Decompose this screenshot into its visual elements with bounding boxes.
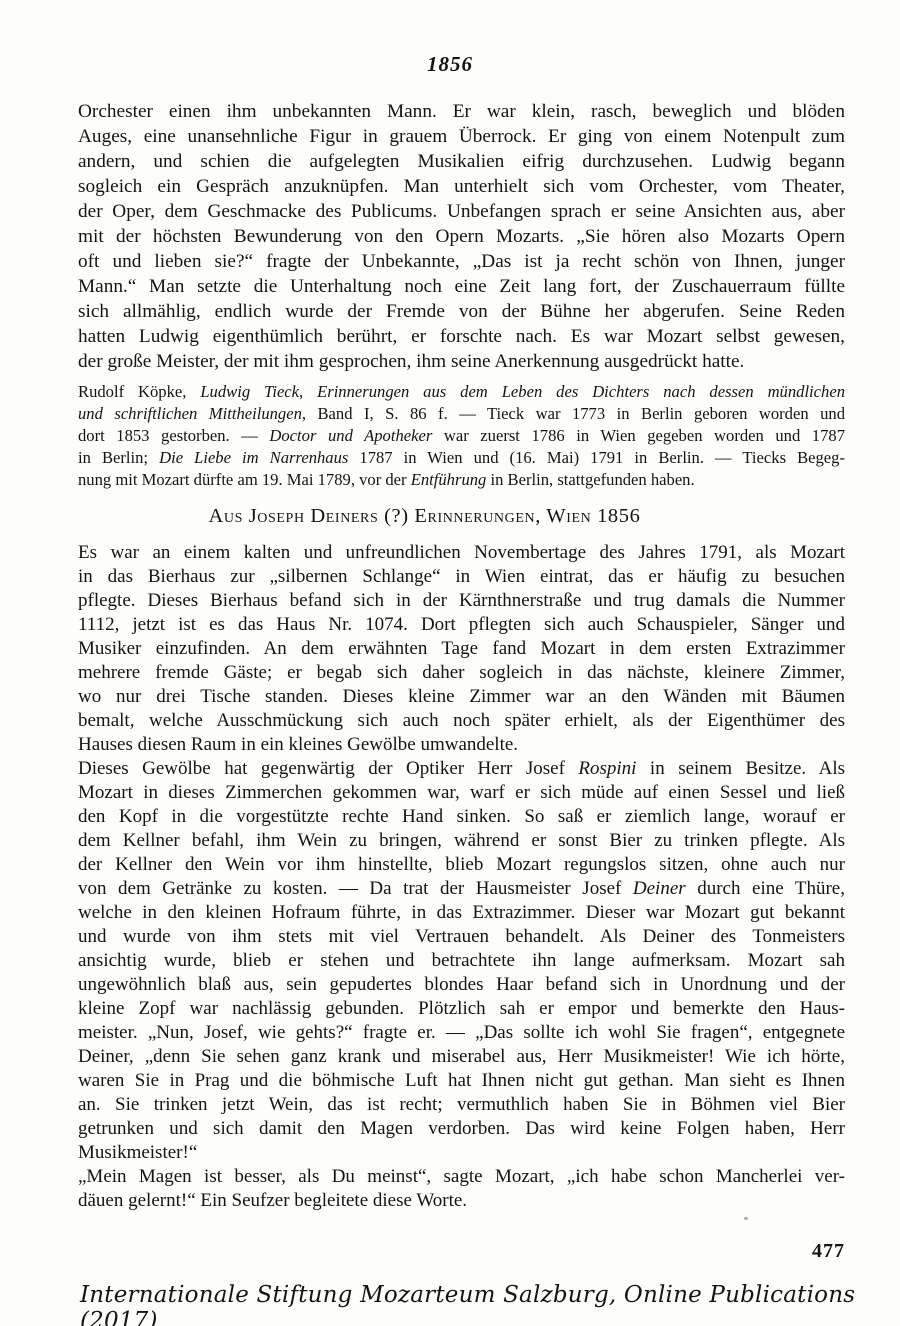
text-segment: Hauses diesen Raum in ein kleines Gewölb… [78,734,518,755]
italic-text: Ludwig Tieck, Erinnerungen aus dem Leben… [200,382,845,401]
text-segment: 1112, jetzt ist es das Haus Nr. 1074. Do… [78,614,845,635]
text-segment: an. Sie trinken jetzt Wein, das ist rech… [78,1094,845,1115]
italic-text: Entführung [411,470,487,489]
text-line: Musikmeister!“ [78,1141,845,1165]
text-line: an. Sie trinken jetzt Wein, das ist rech… [78,1093,845,1117]
text-line: von dem Getränke zu kosten. — Da trat de… [78,877,845,901]
year-running-head: 1856 [0,52,900,77]
text-segment: oft und lieben sie?“ fragte der Unbekann… [78,251,845,272]
text-line: andern, und schien die aufgelegten Musik… [78,149,845,174]
text-line: nung mit Mozart dürfte am 19. Mai 1789, … [78,469,845,491]
text-line: wo nur drei Tische standen. Dieses klein… [78,685,845,709]
text-segment: in Berlin, stattgefunden haben. [486,470,694,489]
text-segment: Mozart in dieses Zimmerchen gekommen war… [78,782,845,803]
text-line: sogleich ein Gespräch anzuknüpfen. Man u… [78,174,845,199]
text-line: Deiner, „denn Sie sehen ganz krank und m… [78,1045,845,1069]
text-segment: pflegte. Dieses Bierhaus befand sich in … [78,590,845,611]
scan-speck-artifact [744,1217,748,1220]
text-line: welche in den kleinen Hofraum führte, in… [78,901,845,925]
text-line: kleine Zopf war nachlässig gebunden. Plö… [78,997,845,1021]
text-line: däuen gelernt!“ Ein Seufzer begleitete d… [78,1189,845,1213]
text-segment: dem Kellner befahl, ihm Wein zu bringen,… [78,830,845,851]
text-line: der große Meister, der mit ihm gesproche… [78,349,845,374]
text-segment: in das Bierhaus zur „silbernen Schlange“… [78,566,845,587]
text-segment: andern, und schien die aufgelegten Musik… [78,151,845,172]
text-segment: mehrere fremde Gäste; er begab sich dahe… [78,662,845,683]
text-line: in Berlin; Die Liebe im Narrenhaus 1787 … [78,447,845,469]
text-segment: , Band I, S. 86 f. — Tieck war 1773 in B… [302,404,845,423]
text-segment: hatten Ludwig eigenthümlich berührt, er … [78,326,845,347]
text-line: Es war an einem kalten und unfreundliche… [78,541,845,565]
text-segment: Deiner, „denn Sie sehen ganz krank und m… [78,1046,845,1067]
text-line: waren Sie in Prag und die böhmische Luft… [78,1069,845,1093]
italic-text: Deiner [633,878,686,899]
footer-credit: Internationale Stiftung Mozarteum Salzbu… [80,1282,900,1326]
text-segment: däuen gelernt!“ Ein Seufzer begleitete d… [78,1190,467,1211]
text-segment: meister. „Nun, Josef, wie gehts?“ fragte… [78,1022,845,1043]
text-segment: der große Meister, der mit ihm gesproche… [78,351,744,372]
text-segment: von dem Getränke zu kosten. — Da trat de… [78,878,633,899]
text-segment: in Berlin; [78,448,159,467]
italic-text: und schriftlichen Mittheilungen [78,404,302,423]
text-segment: Es war an einem kalten und unfreundliche… [78,542,845,563]
page-number: 477 [78,1240,845,1263]
text-line: Hauses diesen Raum in ein kleines Gewölb… [78,733,845,757]
text-segment: getrunken und sich damit den Magen verdo… [78,1118,845,1139]
text-line: dort 1853 gestorben. — Doctor und Apothe… [78,425,845,447]
paragraph-bierhaus: Es war an einem kalten und unfreundliche… [78,541,845,757]
text-line: Dieses Gewölbe hat gegenwärtig der Optik… [78,757,845,781]
text-line: ansichtig wurde, blieb er stehen und bet… [78,949,845,973]
text-line: und wurde von ihm stets mit viel Vertrau… [78,925,845,949]
text-segment: Musikmeister!“ [78,1142,197,1163]
text-segment: mit der höchsten Bewunderung von den Ope… [78,226,845,247]
text-segment: Musiker einzufinden. An dem erwähnten Ta… [78,638,845,659]
text-line: pflegte. Dieses Bierhaus befand sich in … [78,589,845,613]
source-note: Rudolf Köpke, Ludwig Tieck, Erinnerungen… [78,381,845,491]
text-line: und schriftlichen Mittheilungen, Band I,… [78,403,845,425]
text-segment: waren Sie in Prag und die böhmische Luft… [78,1070,845,1091]
text-line: Musiker einzufinden. An dem erwähnten Ta… [78,637,845,661]
text-segment: Orchester einen ihm unbekannten Mann. Er… [78,101,845,122]
text-segment: welche in den kleinen Hofraum führte, in… [78,902,845,923]
main-text: Es war an einem kalten und unfreundliche… [78,541,845,1213]
text-segment: ansichtig wurde, blieb er stehen und bet… [78,950,845,971]
text-line: 1112, jetzt ist es das Haus Nr. 1074. Do… [78,613,845,637]
text-segment: Dieses Gewölbe hat gegenwärtig der Optik… [78,758,578,779]
text-line: oft und lieben sie?“ fragte der Unbekann… [78,249,845,274]
text-line: Orchester einen ihm unbekannten Mann. Er… [78,99,845,124]
text-segment: 1787 in Wien und (16. Mai) 1791 in Berli… [348,448,845,467]
text-segment: Rudolf Köpke, [78,382,200,401]
text-line: sich allmählig, endlich wurde der Fremde… [78,299,845,324]
italic-text: Rospini [578,758,636,779]
text-segment: sich allmählig, endlich wurde der Fremde… [78,301,845,322]
text-segment: kleine Zopf war nachlässig gebunden. Plö… [78,998,845,1019]
text-segment: ungewöhnlich blaß aus, sein gepudertes b… [78,974,845,995]
text-segment: „Mein Magen ist besser, als Du meinst“, … [78,1166,845,1187]
text-line: mehrere fremde Gäste; er begab sich dahe… [78,661,845,685]
paragraph-magen: „Mein Magen ist besser, als Du meinst“, … [78,1165,845,1213]
text-line: ungewöhnlich blaß aus, sein gepudertes b… [78,973,845,997]
text-segment: bemalt, welche Ausschmückung sich auch n… [78,710,845,731]
text-segment: in seinem Besitze. Als [636,758,845,779]
text-line: Mann.“ Man setzte die Unterhaltung noch … [78,274,845,299]
text-segment: und wurde von ihm stets mit viel Vertrau… [78,926,845,947]
text-line: in das Bierhaus zur „silbernen Schlange“… [78,565,845,589]
text-segment: war zuerst 1786 in Wien gegeben worden u… [432,426,845,445]
text-line: dem Kellner befahl, ihm Wein zu bringen,… [78,829,845,853]
text-segment: der Kellner den Wein vor ihm hinstellte,… [78,854,845,875]
text-line: hatten Ludwig eigenthümlich berührt, er … [78,324,845,349]
text-line: „Mein Magen ist besser, als Du meinst“, … [78,1165,845,1189]
text-segment: nung mit Mozart dürfte am 19. Mai 1789, … [78,470,411,489]
text-line: mit der höchsten Bewunderung von den Ope… [78,224,845,249]
italic-text: Doctor und Apotheker [269,426,432,445]
text-segment: dort 1853 gestorben. — [78,426,269,445]
italic-text: Die Liebe im Narrenhaus [159,448,348,467]
text-segment: Mann.“ Man setzte die Unterhaltung noch … [78,276,845,297]
text-segment: Auges, eine unansehnliche Figur in graue… [78,126,845,147]
text-line: den Kopf in die vorgestützte rechte Hand… [78,805,845,829]
scanned-book-page: 1856 Orchester einen ihm unbekannten Man… [0,0,900,1326]
paragraph-gewoelbe: Dieses Gewölbe hat gegenwärtig der Optik… [78,757,845,1165]
text-line: getrunken und sich damit den Magen verdo… [78,1117,845,1141]
text-line: Mozart in dieses Zimmerchen gekommen war… [78,781,845,805]
text-segment: sogleich ein Gespräch anzuknüpfen. Man u… [78,176,845,197]
text-line: Auges, eine unansehnliche Figur in graue… [78,124,845,149]
text-line: der Kellner den Wein vor ihm hinstellte,… [78,853,845,877]
opening-paragraph: Orchester einen ihm unbekannten Mann. Er… [78,99,845,374]
section-heading: Aus Joseph Deiners (?) Erinnerungen, Wie… [41,505,808,528]
text-segment: der Oper, dem Geschmacke des Publicums. … [78,201,845,222]
text-line: bemalt, welche Ausschmückung sich auch n… [78,709,845,733]
text-segment: durch eine Thüre, [686,878,845,899]
text-line: meister. „Nun, Josef, wie gehts?“ fragte… [78,1021,845,1045]
text-line: Rudolf Köpke, Ludwig Tieck, Erinnerungen… [78,381,845,403]
text-segment: wo nur drei Tische standen. Dieses klein… [78,686,845,707]
text-line: der Oper, dem Geschmacke des Publicums. … [78,199,845,224]
text-segment: den Kopf in die vorgestützte rechte Hand… [78,806,845,827]
